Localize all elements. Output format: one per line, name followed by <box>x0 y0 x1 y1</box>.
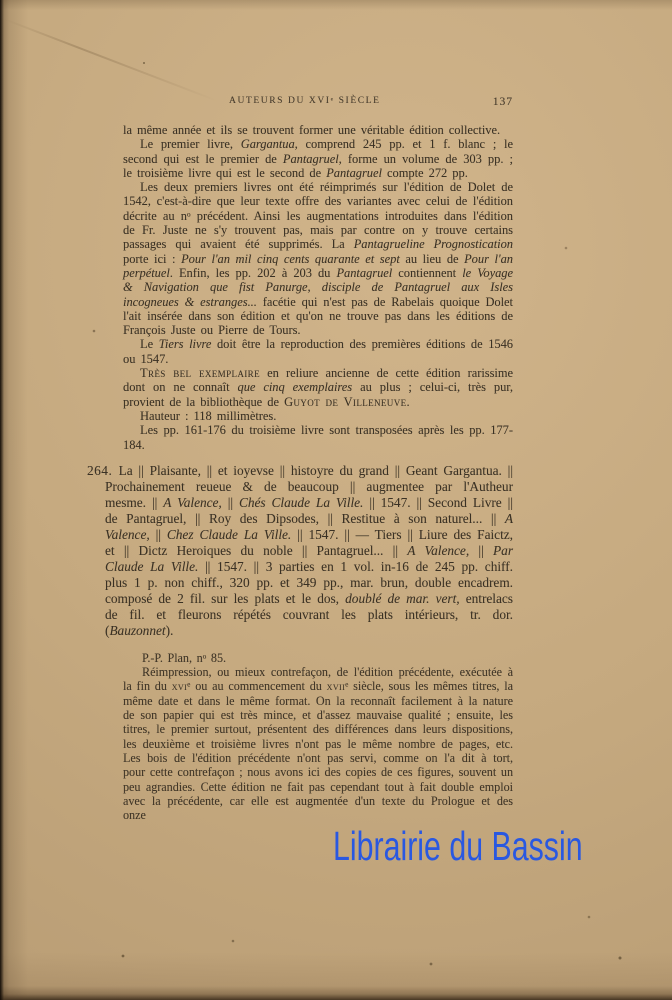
paragraph: Les deux premiers livres ont été réimpri… <box>123 180 513 337</box>
text-segment: Le <box>140 337 159 351</box>
text-segment-i: doublé de mar. vert, <box>345 591 459 606</box>
text-segment-i: Gargantua, <box>241 137 298 151</box>
text-segment: . Enfin, les pp. 202 à 203 du <box>170 266 337 280</box>
text-segment: la même année et ils se trouvent former … <box>123 123 500 137</box>
text-segment: contiennent <box>392 266 462 280</box>
page-header: AUTEURS DU XVIe SIÈCLE 137 <box>123 96 513 109</box>
text-segment: Hauteur : 118 millimètres. <box>140 409 276 423</box>
text-segment: . <box>407 395 410 409</box>
paragraph: Le Tiers livre doit être la reproduction… <box>123 337 513 366</box>
text-segment: au lieu de <box>400 252 464 266</box>
text-segment-i: que cinq exemplaires <box>238 380 353 394</box>
page-number: 137 <box>493 96 513 108</box>
text-segment: Le premier livre, <box>140 137 241 151</box>
book-page-scan: AUTEURS DU XVIe SIÈCLE 137 la même année… <box>0 0 672 1000</box>
paragraph: Le premier livre, Gargantua, comprend 24… <box>123 137 513 180</box>
text-segment: compte 272 pp. <box>382 166 468 180</box>
paragraph: Les pp. 161-176 du troisième livre sont … <box>123 423 513 452</box>
text-column: la même année et ils se trouvent former … <box>123 123 513 822</box>
text-segment-i: Pantagrueline Prognostication <box>354 237 513 251</box>
running-title: AUTEURS DU XVIe SIÈCLE <box>229 96 380 106</box>
text-segment: ). <box>166 623 174 638</box>
text-segment: || <box>150 527 167 542</box>
text-segment: SIÈCLE <box>335 96 381 106</box>
page-content: AUTEURS DU XVIe SIÈCLE 137 la même année… <box>123 96 513 822</box>
text-segment: ou au commencement du <box>190 679 326 693</box>
text-segment: P.-P. Plan, n <box>142 651 203 665</box>
text-segment-i: A Valence, <box>163 495 222 510</box>
text-segment-i: Pantagruel <box>336 266 392 280</box>
paper-crease <box>3 18 218 102</box>
watermark: Librairie du Bassin <box>333 824 583 868</box>
text-segment-sc: xvii <box>327 679 345 693</box>
text-segment: siècle, sous les mêmes titres, la même d… <box>123 679 513 822</box>
text-segment-i: Pantagruel, <box>283 152 342 166</box>
text-segment-i: Pantagruel <box>326 166 382 180</box>
catalog-entry: 264. La || Plaisante, || et ioyevse || h… <box>105 463 513 639</box>
text-segment-i: Chés Claude La Ville. <box>239 495 363 510</box>
paragraph: Réimpression, ou mieux contrefaçon, de l… <box>123 665 513 822</box>
text-segment: 85. <box>206 651 226 665</box>
paragraph: la même année et ils se trouvent former … <box>123 123 513 137</box>
text-segment: porte ici : <box>123 252 181 266</box>
text-segment-i: Chez Claude La Ville. <box>167 527 291 542</box>
text-segment-i: A Valence, <box>407 543 469 558</box>
text-segment: AUTEURS DU XVI <box>229 96 331 106</box>
text-segment-i: Bauzonnet <box>109 623 165 638</box>
text-segment-sc: Guyot de Villeneuve <box>284 395 406 409</box>
paragraph: Hauteur : 118 millimètres. <box>123 409 513 423</box>
text-segment-i: Pour l'an mil cinq cents quarante et sep… <box>181 252 400 266</box>
text-segment-sc: xvi <box>172 679 187 693</box>
text-segment: || <box>469 543 493 558</box>
text-segment: Les pp. 161-176 du troisième livre sont … <box>123 423 513 451</box>
paragraph: Très bel exemplaire en reliure ancienne … <box>123 366 513 409</box>
paragraph: P.-P. Plan, no 85. <box>123 651 513 665</box>
text-segment-sc: Très bel exemplaire <box>140 366 260 380</box>
text-segment-i: Tiers livre <box>159 337 212 351</box>
paper-speckles <box>143 62 145 64</box>
entry-number: 264. <box>87 463 119 478</box>
text-segment: || <box>222 495 239 510</box>
